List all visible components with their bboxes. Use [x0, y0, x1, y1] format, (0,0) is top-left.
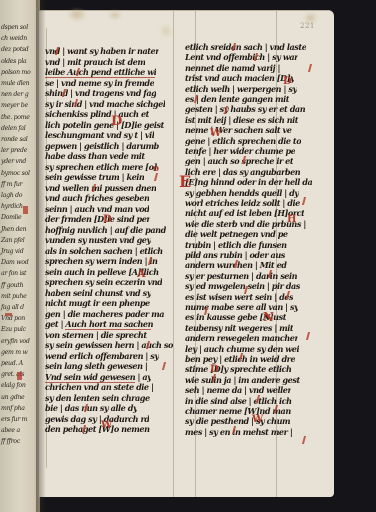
rubric-underline	[65, 329, 151, 330]
red-initial: A	[137, 267, 146, 280]
text-line: lich potelin gene | [D]ie geist	[45, 121, 164, 131]
rubric-stroke	[308, 64, 312, 72]
text-line: chrichen vnd an stete die |	[45, 383, 153, 393]
text-line: dspen sol	[1, 24, 28, 32]
text-line: Vnd sein wid gewesen | ay	[45, 373, 151, 383]
text-line: hyrdich	[1, 203, 23, 211]
text-line: seinn | auch vnd man vod	[45, 205, 149, 215]
text-line: mule dlen	[1, 80, 29, 88]
red-initial: D	[283, 75, 292, 88]
text-line: ar fon ist	[1, 270, 26, 278]
text-line: ronde sal	[1, 136, 27, 144]
text-line: neme | Wer sachen salt ve	[185, 126, 292, 136]
text-line: gesten | sy haubs sy er et dan	[185, 105, 305, 115]
text-line: polson mo	[1, 69, 30, 77]
text-line: vnd | mit prauch ist dem	[45, 58, 145, 68]
text-line: haben seinl chunst vnd sy	[45, 289, 151, 299]
text-line: mes | sy en in mehst mer |	[185, 428, 292, 438]
rubric-stroke	[302, 197, 306, 205]
text-line: von sternen | die sprecht	[45, 331, 147, 341]
text-line: sein lang sleth gewesen |	[45, 362, 147, 372]
left-page-edge: dspen solch weidndez potsdoldes plapolso…	[0, 0, 40, 512]
text-line: bymoc sol	[1, 170, 30, 178]
text-line: eryfin vod	[1, 338, 30, 346]
text-line: delen fal	[1, 125, 25, 133]
red-initial: H	[287, 213, 296, 226]
text-line: vnd | want sy haben ir nater	[45, 47, 159, 57]
text-line: ist mit leij | diese es sich nit	[185, 116, 298, 126]
text-line: der frmden [D]ie sind per	[45, 215, 150, 225]
text-line: nen der g	[1, 91, 28, 99]
text-line: Jrug vid	[1, 248, 23, 256]
text-line: ff gouth	[1, 282, 23, 290]
text-line: den pehaget [W]o nemen	[45, 425, 150, 435]
text-line: ff ffroc	[1, 438, 20, 446]
text-line: Lent vnd offembich | sy war	[185, 53, 298, 63]
text-line: gene | etlich sprechen die to	[185, 137, 301, 147]
text-line: gepwen | geistlich | darumb	[45, 142, 159, 152]
text-line: nennet die namd varij |	[185, 64, 280, 74]
rubric-underline	[45, 77, 155, 78]
rubric-stroke	[154, 173, 158, 181]
red-initial: E	[179, 175, 191, 188]
text-line: sy er pesturnen | darin sein	[185, 272, 297, 282]
text-line: Zan pfel	[1, 237, 24, 245]
text-line: etlich welh | werpergen | sy	[185, 85, 297, 95]
text-line: stime [D]y sprechte etlich	[185, 365, 291, 375]
text-line: sy gebhen hendds quell | dy	[185, 189, 299, 199]
text-line: Jhen den	[1, 226, 26, 234]
text-line: lagh do	[1, 192, 22, 200]
red-initial: D	[111, 115, 122, 128]
text-line: sy ed mwgelen sein | pir das	[185, 282, 300, 292]
red-initial	[23, 206, 28, 214]
text-line: dez potsd	[1, 46, 28, 54]
manuscript-photo: dspen solch weidndez potsdoldes plapolso…	[0, 0, 376, 512]
text-line: the. pome	[1, 114, 30, 122]
text-line: vunden sy nusten vnd gey	[45, 236, 151, 246]
text-line: gewis dag sy | dadurch rd	[45, 415, 149, 425]
right-text-column: etlich sreidan sach | vnd lasteLent vnd …	[185, 43, 317, 433]
text-line: nicht mugt ir een phenpe	[45, 299, 150, 309]
text-line: vnd wellen mi pussen dnen	[45, 184, 156, 194]
text-line: es ist wisen wert sein | des	[185, 293, 293, 303]
red-initial: D	[103, 213, 112, 226]
text-line: yder vnd	[1, 158, 26, 166]
text-line: Domlie	[1, 214, 21, 222]
text-line: Dam wod	[1, 259, 28, 267]
text-line: etlich sreidan sach | vnd laste	[185, 43, 306, 53]
text-line: trubin | etlich die funsen	[185, 241, 287, 251]
text-line: elalg fon	[1, 382, 26, 390]
text-line: Ezu pulc	[1, 326, 26, 334]
text-line: sy sprechen etlich mere [o]	[45, 163, 157, 173]
text-line: gen | auch so spreche ir et	[185, 157, 293, 167]
text-line: sy ir sind | vnd mache sichgel	[45, 100, 165, 110]
red-initial	[5, 313, 12, 316]
text-line: ch weidn	[1, 35, 27, 43]
text-line: sprechen sy wern inden | in	[45, 257, 158, 267]
text-line: lich ere | das sy angubarben	[185, 168, 300, 178]
rubric-underline	[45, 382, 135, 383]
stain	[70, 10, 84, 19]
red-initial: W	[101, 419, 112, 432]
text-line: tenfe | her wider chume pe	[185, 147, 295, 157]
text-line: sy sein gewissen hern | auch so	[45, 341, 173, 351]
rubric-stroke	[162, 362, 166, 370]
text-line: se | vnd neme sy in fremde	[45, 79, 154, 89]
text-line: trist vnd auch macien [D]y	[185, 74, 294, 84]
text-line: seh | neme da | vnd weller	[185, 386, 291, 396]
text-line: sichenkiss plind | auch et	[45, 110, 149, 120]
text-line: hoffnig nuvlich | auf die pand	[45, 226, 166, 236]
text-line: wend erlich offembaren | sy	[45, 352, 159, 362]
folio-number: 221	[300, 22, 315, 30]
stain	[162, 26, 170, 36]
text-line: sy den lenten sein chrage	[45, 394, 150, 404]
stain	[306, 14, 315, 22]
text-line: ers fur m	[1, 416, 27, 424]
red-initial: N	[263, 311, 274, 324]
text-line: gem m w	[1, 349, 28, 357]
text-line: [E]ng hinnd oder in der hell da	[185, 178, 312, 188]
left-text-column: vnd | want sy haben ir natervnd | mit pr…	[45, 47, 177, 437]
text-line: Vnd pon	[1, 315, 25, 323]
red-initial: W	[252, 413, 263, 426]
text-line: sein gewisse trum | kein	[45, 173, 144, 183]
text-line: ler prede	[1, 147, 27, 155]
text-line: fag all d	[1, 304, 24, 312]
rubric-stroke	[306, 332, 310, 340]
text-line: pild ans rubin | oder aus	[185, 251, 285, 261]
text-line: worl etriches leidz sollt | die	[185, 199, 300, 209]
text-line: mit puhe	[1, 293, 27, 301]
text-line: mnf pha	[1, 405, 25, 413]
red-initial: W	[210, 127, 221, 140]
text-line: sy die pesthend | sy chum	[185, 417, 290, 427]
text-line: un gdne	[1, 394, 24, 402]
text-line: andern rewegelen mancher	[185, 334, 298, 344]
text-line: gen | die macheres pader ma	[45, 310, 164, 320]
text-line: nume mabe sere all van | sy	[185, 303, 298, 313]
text-line: peud. A	[1, 360, 23, 368]
text-line: bie | das nun sy alle dy	[45, 404, 137, 414]
text-line: es | den lente gangen mit	[185, 95, 289, 105]
text-line: wie sulin ja | im andere gest	[185, 376, 300, 386]
text-line: ff m fur	[1, 181, 22, 189]
text-line: abee a	[1, 427, 20, 435]
text-line: oldes pla	[1, 58, 26, 66]
text-line: leschungmant vnd sy t | vil	[45, 131, 154, 141]
text-line: teubensy nit wegeres | mit	[185, 324, 293, 334]
text-line: als in solchen sachen | etlich	[45, 247, 163, 257]
text-line: habe dass than vede mit	[45, 152, 145, 162]
stain	[110, 12, 120, 18]
text-line: meyer be	[1, 102, 28, 110]
red-initial	[17, 372, 22, 380]
text-line: die welt petnegen vnd pe	[185, 230, 288, 240]
text-line: vnd auch friches geseben	[45, 194, 149, 204]
